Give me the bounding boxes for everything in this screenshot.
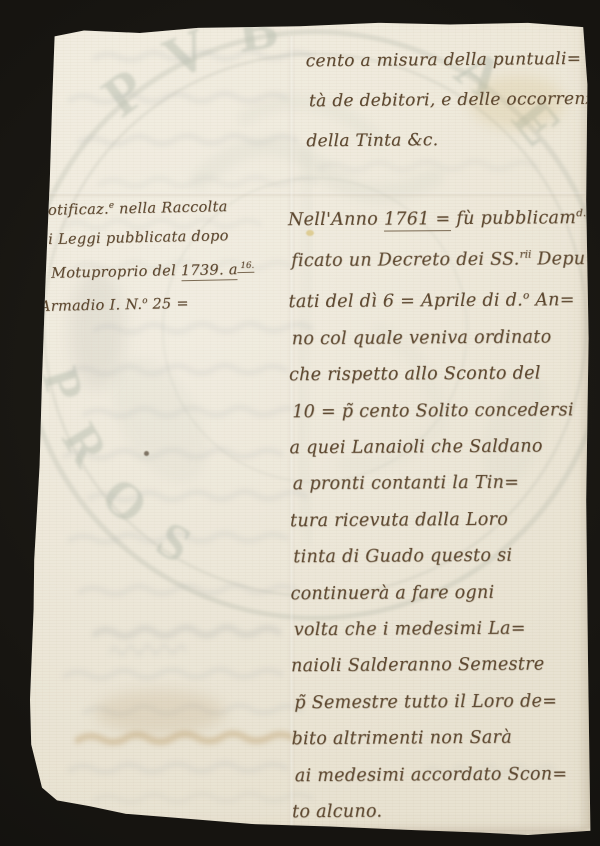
- manuscript-text-segment: della Tinta &c.: [306, 130, 438, 151]
- manuscript-text-segment: 10 = p̃ cento Solito concedersi: [292, 400, 574, 422]
- manuscript-text-segment: d.: [576, 207, 586, 219]
- manuscript-text-segment: p̃ Semestre tutto il Loro de=: [294, 691, 557, 713]
- manuscript-text-segment: tinta di Guado questo si: [293, 546, 512, 568]
- ink-speck: [144, 451, 149, 456]
- manuscript-line: Nell'Anno 1761 = fù pubblicamd. noti=: [288, 195, 600, 239]
- margin-note: Notificaz.e nella Raccoltadi Leggi pubbl…: [35, 189, 256, 323]
- manuscript-text-segment: Notificaz.: [35, 202, 109, 220]
- manuscript-text-segment: bito altrimenti non Sarà: [292, 728, 513, 750]
- manuscript-text-segment: to alcuno.: [292, 802, 382, 823]
- manuscript-text-segment: fù pubblicam: [450, 208, 576, 229]
- manuscript-line: no col quale veniva ordinato: [292, 318, 600, 357]
- manuscript-line: tati del dì 6 = Aprile di d.o An=: [288, 277, 600, 321]
- manuscript-line: volta che i medesimi La=: [294, 610, 600, 649]
- manuscript-text-segment: nella Raccolta: [114, 199, 228, 217]
- manuscript-line: cento a misura della puntuali=: [305, 39, 600, 82]
- manuscript-text-segment: tura ricevuta dalla Loro: [290, 509, 508, 531]
- manuscript-text-segment: naioli Salderanno Semestre: [291, 655, 545, 677]
- manuscript-text-segment: tà de debitori, e delle occorrenze: [309, 89, 600, 112]
- photographed-manuscript: PVB AE PROS: [0, 0, 600, 846]
- manuscript-line: Notificaz.e nella Raccolta: [35, 189, 254, 227]
- manuscript-text-segment: An=: [529, 291, 574, 311]
- manuscript-text-segment: 1739. a: [181, 262, 238, 281]
- manuscript-text-segment: volta che i medesimi La=: [294, 619, 526, 641]
- manuscript-line: ai medesimi accordato Scon=: [295, 755, 600, 794]
- manuscript-text-segment: Depu=: [531, 249, 600, 269]
- manuscript-text-segment: che rispetto allo Sconto del: [289, 364, 541, 386]
- manuscript-text-segment: noti=: [586, 208, 600, 228]
- seal-letters-top: PVB: [91, 0, 311, 129]
- manuscript-line: Armadio I. N.o 25 =: [40, 285, 256, 323]
- manuscript-line: che rispetto allo Sconto del: [289, 355, 600, 394]
- manuscript-line: tura ricevuta dalla Loro: [290, 500, 600, 539]
- manuscript-line: continuerà a fare ogni: [290, 573, 600, 612]
- manuscript-line: tà de debitori, e delle occorrenze: [309, 79, 600, 122]
- manuscript-text-segment: cento a misura della puntuali=: [306, 49, 582, 71]
- manuscript-text-segment: 16.: [238, 261, 255, 273]
- manuscript-line: ficato un Decreto dei SS.rii Depu=: [291, 236, 600, 280]
- manuscript-text-segment: Nell'Anno: [288, 209, 384, 230]
- manuscript-text-segment: Armadio I. N.: [40, 297, 143, 315]
- manuscript-text-segment: rii: [520, 249, 532, 261]
- manuscript-line: p̃ Semestre tutto il Loro de=: [294, 683, 600, 722]
- top-carryover-paragraph: cento a misura della puntuali=tà de debi…: [305, 39, 600, 162]
- manuscript-text-segment: continuerà a fare ogni: [290, 582, 494, 603]
- manuscript-line: bito altrimenti non Sarà: [291, 719, 600, 758]
- manuscript-line: della Tinta &c.: [306, 119, 600, 162]
- paper-sheet: PVB AE PROS: [0, 0, 600, 846]
- manuscript-text-segment: no col quale veniva ordinato: [292, 327, 552, 349]
- manuscript-text-segment: 1761 =: [384, 209, 451, 231]
- manuscript-line: a quei Lanaioli che Saldano: [289, 428, 600, 467]
- manuscript-text-segment: tati del dì 6 = Aprile di d.: [288, 291, 523, 313]
- seal-letters-lower-left: PROS: [30, 361, 230, 591]
- manuscript-line: tinta di Guado questo si: [293, 537, 600, 576]
- manuscript-text-segment: il Motuproprio del: [36, 263, 181, 282]
- manuscript-line: il Motuproprio del 1739. a 16.: [36, 252, 255, 290]
- main-entry-paragraph: Nell'Anno 1761 = fù pubblicamd. noti=fic…: [288, 195, 600, 831]
- manuscript-line: a pronti contanti la Tin=: [293, 464, 600, 503]
- manuscript-line: naioli Salderanno Semestre: [291, 646, 600, 685]
- manuscript-text-segment: a pronti contanti la Tin=: [293, 473, 520, 495]
- manuscript-text-segment: 25 =: [147, 296, 189, 313]
- manuscript-line: 10 = p̃ cento Solito concedersi: [292, 391, 600, 430]
- paper-stain: [95, 690, 225, 735]
- manuscript-text-segment: di Leggi pubblicata dopo: [38, 229, 228, 249]
- manuscript-line: to alcuno.: [292, 792, 600, 831]
- manuscript-text-segment: a quei Lanaioli che Saldano: [289, 436, 542, 458]
- manuscript-text-segment: ficato un Decreto dei SS.: [291, 250, 520, 272]
- manuscript-text-segment: ai medesimi accordato Scon=: [295, 764, 568, 786]
- manuscript-line: di Leggi pubblicata dopo: [38, 222, 254, 256]
